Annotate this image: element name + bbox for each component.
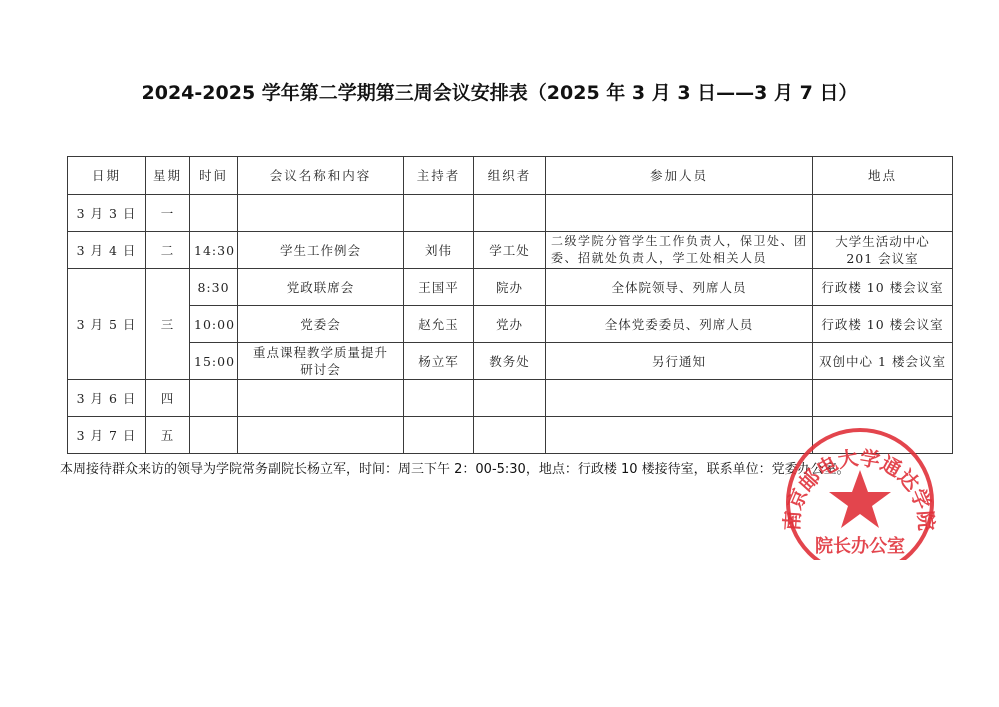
- cell-weekday: 一: [146, 195, 190, 232]
- reception-note: 本周接待群众来访的领导为学院常务副院长杨立军，时间：周三下午 2：00-5:30…: [60, 458, 850, 477]
- cell-meeting-name: 党委会: [238, 306, 404, 343]
- cell-meeting-name: 党政联席会: [238, 269, 404, 306]
- header-time: 时间: [190, 157, 238, 195]
- meeting-schedule-table: 日期 星期 时间 会议名称和内容 主持者 组织者 参加人员 地点 3 月 3 日…: [67, 156, 953, 454]
- cell-weekday: 四: [146, 380, 190, 417]
- header-host: 主持者: [404, 157, 474, 195]
- cell-attendees: 全体党委委员、列席人员: [546, 306, 813, 343]
- cell-weekday: 五: [146, 417, 190, 454]
- cell-time: 14:30: [190, 232, 238, 269]
- cell-location: 行政楼 10 楼会议室: [813, 306, 953, 343]
- cell-meeting-name: [238, 380, 404, 417]
- cell-date: 3 月 6 日: [68, 380, 146, 417]
- cell-organizer: 教务处: [474, 343, 546, 380]
- cell-location: [813, 195, 953, 232]
- table-header-row: 日期 星期 时间 会议名称和内容 主持者 组织者 参加人员 地点: [68, 157, 953, 195]
- cell-organizer: 院办: [474, 269, 546, 306]
- table-row: 3 月 7 日 五: [68, 417, 953, 454]
- cell-location: 双创中心 1 楼会议室: [813, 343, 953, 380]
- cell-host: [404, 417, 474, 454]
- cell-date: 3 月 4 日: [68, 232, 146, 269]
- cell-organizer: [474, 380, 546, 417]
- header-meeting-name: 会议名称和内容: [238, 157, 404, 195]
- cell-host: [404, 195, 474, 232]
- cell-time: [190, 380, 238, 417]
- cell-organizer: 学工处: [474, 232, 546, 269]
- cell-host: 赵允玉: [404, 306, 474, 343]
- cell-weekday: 三: [146, 269, 190, 380]
- cell-meeting-name: 学生工作例会: [238, 232, 404, 269]
- star-icon: [829, 470, 891, 528]
- cell-attendees: [546, 380, 813, 417]
- cell-attendees: 另行通知: [546, 343, 813, 380]
- cell-organizer: [474, 195, 546, 232]
- table-row: 3 月 5 日 三 8:30 党政联席会 王国平 院办 全体院领导、列席人员 行…: [68, 269, 953, 306]
- cell-location: 行政楼 10 楼会议室: [813, 269, 953, 306]
- cell-time: [190, 417, 238, 454]
- cell-host: 王国平: [404, 269, 474, 306]
- cell-attendees: [546, 417, 813, 454]
- cell-meeting-name: [238, 417, 404, 454]
- cell-location: 大学生活动中心 201 会议室: [813, 232, 953, 269]
- cell-time: [190, 195, 238, 232]
- cell-meeting-name: 重点课程教学质量提升研讨会: [238, 343, 404, 380]
- cell-date: 3 月 3 日: [68, 195, 146, 232]
- cell-attendees: 二级学院分管学生工作负责人，保卫处、团委、招就处负责人，学工处相关人员: [546, 232, 813, 269]
- cell-organizer: [474, 417, 546, 454]
- table-row: 3 月 4 日 二 14:30 学生工作例会 刘伟 学工处 二级学院分管学生工作…: [68, 232, 953, 269]
- cell-attendees: [546, 195, 813, 232]
- header-organizer: 组织者: [474, 157, 546, 195]
- cell-attendees: 全体院领导、列席人员: [546, 269, 813, 306]
- header-location: 地点: [813, 157, 953, 195]
- cell-weekday: 二: [146, 232, 190, 269]
- cell-time: 15:00: [190, 343, 238, 380]
- cell-host: [404, 380, 474, 417]
- table-row: 15:00 重点课程教学质量提升研讨会 杨立军 教务处 另行通知 双创中心 1 …: [68, 343, 953, 380]
- cell-date: 3 月 7 日: [68, 417, 146, 454]
- cell-meeting-name: [238, 195, 404, 232]
- seal-inner-text: 院长办公室: [815, 535, 905, 557]
- table-row: 3 月 6 日 四: [68, 380, 953, 417]
- cell-location: [813, 417, 953, 454]
- cell-time: 10:00: [190, 306, 238, 343]
- cell-time: 8:30: [190, 269, 238, 306]
- cell-location: [813, 380, 953, 417]
- cell-date: 3 月 5 日: [68, 269, 146, 380]
- header-date: 日期: [68, 157, 146, 195]
- table-row: 3 月 3 日 一: [68, 195, 953, 232]
- header-attendees: 参加人员: [546, 157, 813, 195]
- table-row: 10:00 党委会 赵允玉 党办 全体党委委员、列席人员 行政楼 10 楼会议室: [68, 306, 953, 343]
- document-title: 2024-2025 学年第二学期第三周会议安排表（2025 年 3 月 3 日—…: [0, 78, 999, 105]
- cell-host: 杨立军: [404, 343, 474, 380]
- cell-organizer: 党办: [474, 306, 546, 343]
- header-weekday: 星期: [146, 157, 190, 195]
- cell-host: 刘伟: [404, 232, 474, 269]
